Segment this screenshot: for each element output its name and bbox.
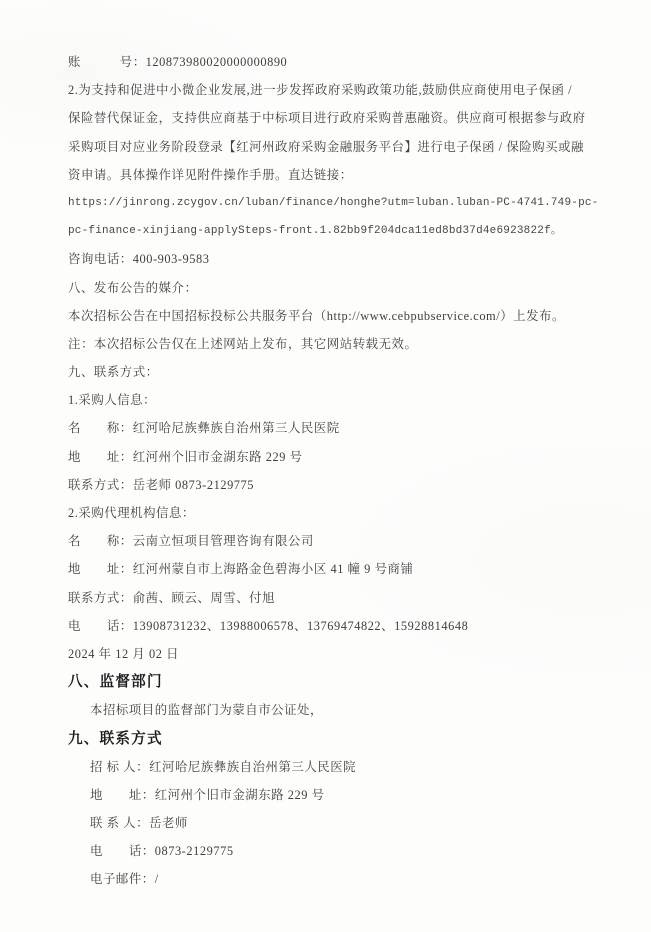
purchaser-info-title: 1.采购人信息： — [68, 386, 615, 414]
purchaser-address-label: 地 址： — [68, 450, 133, 464]
bidder-name-value: 红河哈尼族彝族自治州第三人民医院 — [149, 760, 356, 774]
phone-label: 电 话： — [90, 844, 155, 858]
purchaser-contact-row: 联系方式：岳老师 0873-2129775 — [68, 471, 615, 499]
document-page: 账 号：120873980020000000890 2.为支持和促进中小微企业发… — [0, 0, 651, 932]
email-row: 电子邮件：/ — [68, 865, 615, 893]
bidder-address-label: 地 址： — [90, 788, 155, 802]
agency-name-label: 名 称： — [68, 534, 133, 548]
purchaser-name-label: 名 称： — [68, 421, 133, 435]
account-number-value: 120873980020000000890 — [146, 55, 288, 69]
contact-person-value: 岳老师 — [149, 816, 188, 830]
purchaser-name-row: 名 称：红河哈尼族彝族自治州第三人民医院 — [68, 414, 615, 442]
agency-address-value: 红河州蒙自市上海路金色碧海小区 41 幢 9 号商铺 — [133, 562, 414, 576]
agency-contact-row: 联系方式：俞茜、顾云、周雪、付旭 — [68, 584, 615, 612]
bidder-name-label: 招 标 人： — [90, 760, 149, 774]
purchaser-name-value: 红河哈尼族彝族自治州第三人民医院 — [133, 421, 340, 435]
agency-contact-label: 联系方式： — [68, 591, 133, 605]
phone-value: 0873-2129775 — [155, 844, 234, 858]
finance-link-line-1: https://jinrong.zcygov.cn/luban/finance/… — [68, 189, 615, 217]
purchaser-contact-value: 岳老师 0873-2129775 — [133, 478, 254, 492]
contact-section-heading: 九、联系方式： — [68, 358, 615, 386]
bidder-address-value: 红河州个旧市金湖东路 229 号 — [155, 788, 325, 802]
bidder-address-row: 地 址：红河州个旧市金湖东路 229 号 — [68, 781, 615, 809]
agency-name-row: 名 称：云南立恒项目管理咨询有限公司 — [68, 527, 615, 555]
contact-person-row: 联 系 人：岳老师 — [68, 809, 615, 837]
date-line: 2024 年 12 月 02 日 — [68, 640, 615, 668]
supervision-section-heading: 八、监督部门 — [68, 668, 615, 696]
document-content: 账 号：120873980020000000890 2.为支持和促进中小微企业发… — [0, 0, 651, 894]
email-value: / — [155, 872, 159, 886]
purchaser-address-row: 地 址：红河州个旧市金湖东路 229 号 — [68, 443, 615, 471]
agency-phone-row: 电 话：13908731232、13988006578、13769474822、… — [68, 612, 615, 640]
agency-contact-value: 俞茜、顾云、周雪、付旭 — [133, 591, 275, 605]
supervision-section-body: 本招标项目的监督部门为蒙自市公证处， — [68, 696, 615, 724]
purchaser-contact-label: 联系方式： — [68, 478, 133, 492]
media-section-note: 注：本次招标公告仅在上述网站上发布，其它网站转载无效。 — [68, 330, 615, 358]
account-number-label: 账 号： — [68, 55, 146, 69]
agency-name-value: 云南立恒项目管理咨询有限公司 — [133, 534, 314, 548]
agency-address-row: 地 址：红河州蒙自市上海路金色碧海小区 41 幢 9 号商铺 — [68, 555, 615, 583]
policy-paragraph-line-1: 2.为支持和促进中小微企业发展,进一步发挥政府采购政策功能,鼓励供应商使用电子保… — [68, 76, 615, 104]
agency-info-title: 2.采购代理机构信息： — [68, 499, 615, 527]
media-section-heading: 八、发布公告的媒介： — [68, 274, 615, 302]
final-contact-section-heading: 九、联系方式 — [68, 725, 615, 753]
agency-phone-value: 13908731232、13988006578、13769474822、1592… — [133, 619, 469, 633]
agency-phone-label: 电 话： — [68, 619, 133, 633]
hotline-value: 400-903-9583 — [133, 252, 210, 266]
contact-person-label: 联 系 人： — [90, 816, 149, 830]
hotline-label: 咨询电话： — [68, 252, 133, 266]
policy-paragraph-line-3: 采购项目对应业务阶段登录【红河州政府采购金融服务平台】进行电子保函 / 保险购买… — [68, 133, 615, 161]
account-number-row: 账 号：120873980020000000890 — [68, 48, 615, 76]
policy-paragraph-line-4: 资申请。具体操作详见附件操作手册。直达链接： — [68, 161, 615, 189]
hotline-row: 咨询电话：400-903-9583 — [68, 245, 615, 273]
media-section-body: 本次招标公告在中国招标投标公共服务平台（http://www.cebpubser… — [68, 302, 615, 330]
purchaser-address-value: 红河州个旧市金湖东路 229 号 — [133, 450, 303, 464]
phone-row: 电 话：0873-2129775 — [68, 837, 615, 865]
finance-link-line-2: pc-finance-xinjiang-applySteps-front.1.8… — [68, 217, 615, 245]
email-label: 电子邮件： — [90, 872, 155, 886]
policy-paragraph-line-2: 保险替代保证金，支持供应商基于中标项目进行政府采购普惠融资。供应商可根据参与政府 — [68, 104, 615, 132]
agency-address-label: 地 址： — [68, 562, 133, 576]
bidder-name-row: 招 标 人：红河哈尼族彝族自治州第三人民医院 — [68, 753, 615, 781]
